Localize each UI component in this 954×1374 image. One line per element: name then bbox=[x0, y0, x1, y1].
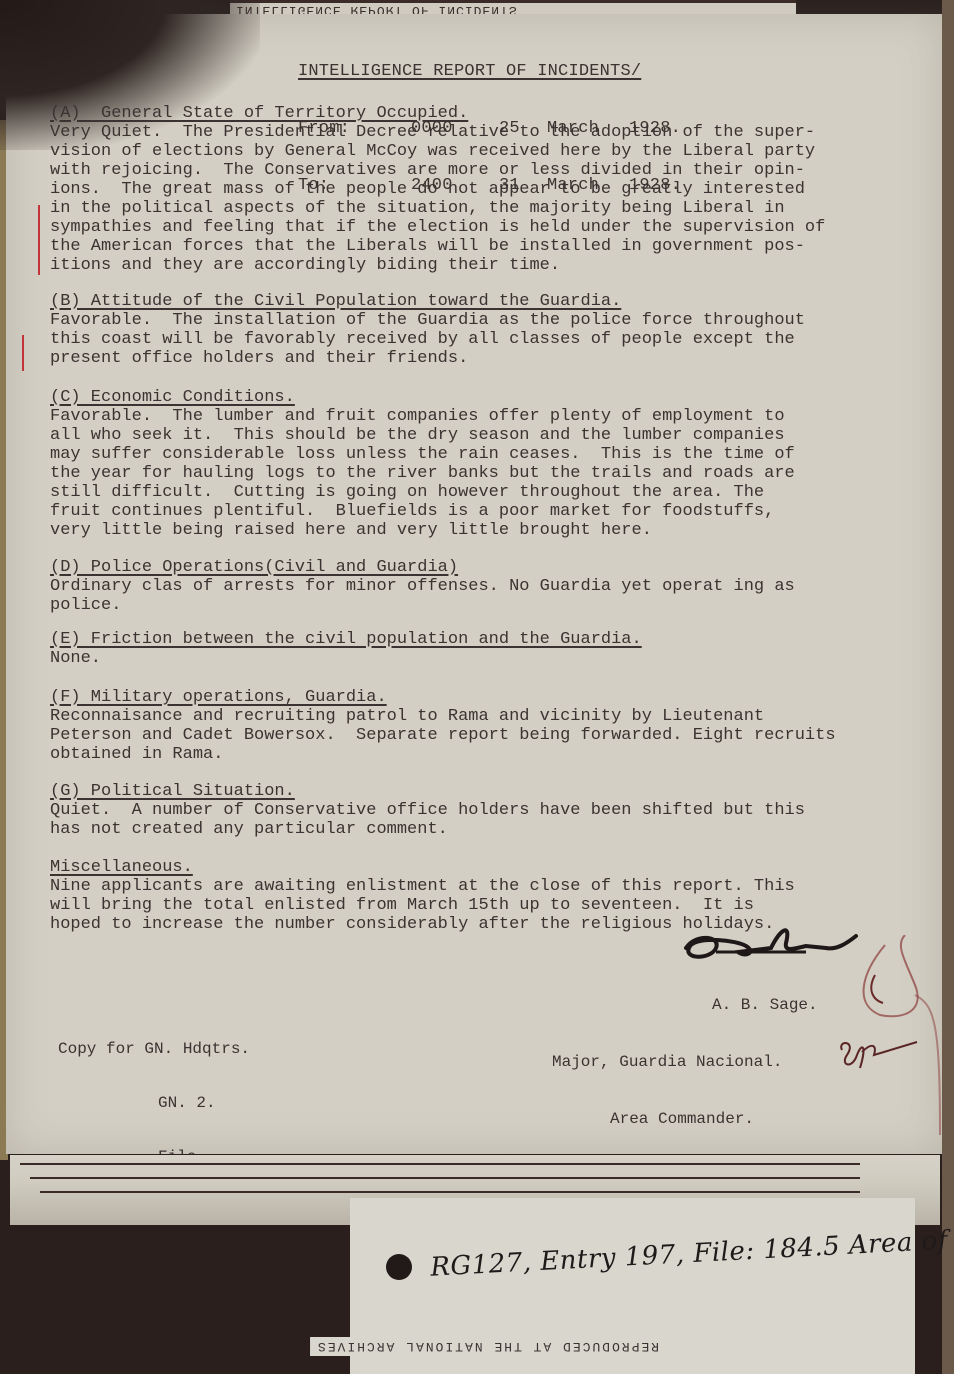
copy-recipient: GN. 2. bbox=[58, 1094, 250, 1112]
section-line: will bring the total enlisted from March… bbox=[50, 896, 930, 915]
punch-hole-icon bbox=[386, 1254, 412, 1280]
section-line: sympathies and feeling that if the elect… bbox=[50, 218, 930, 237]
signer-name: A. B. Sage. bbox=[552, 996, 818, 1015]
section-line: Peterson and Cadet Bowersox. Separate re… bbox=[50, 726, 930, 745]
section-line: Ordinary clas of arrests for minor offen… bbox=[50, 577, 930, 596]
section-heading: (C) Economic Conditions. bbox=[50, 388, 930, 407]
red-margin-mark bbox=[22, 335, 24, 371]
national-archives-banner: REPRODUCED AT THE NATIONAL ARCHIVES bbox=[310, 1337, 665, 1356]
signer-title: Area Commander. bbox=[552, 1110, 818, 1129]
section-line: ions. The great mass of the people do no… bbox=[50, 180, 930, 199]
file-label-text: RG127, Entry 197, File: 184.5 Area of th… bbox=[430, 1219, 954, 1282]
section-line: this coast will be favorably received by… bbox=[50, 330, 930, 349]
section-a-general-state: (A) General State of Territory Occupied.… bbox=[50, 104, 930, 275]
section-line: fruit continues plentiful. Bluefields is… bbox=[50, 502, 930, 521]
section-line: obtained in Rama. bbox=[50, 745, 930, 764]
signer-rank: Major, Guardia Nacional. bbox=[552, 1053, 818, 1072]
section-line: Quiet. A number of Conservative office h… bbox=[50, 801, 930, 820]
red-margin-mark bbox=[38, 205, 40, 275]
section-g-political: (G) Political Situation. Quiet. A number… bbox=[50, 782, 930, 839]
report-title: INTELLIGENCE REPORT OF INCIDENTS/ bbox=[298, 62, 681, 81]
section-heading: (D) Police Operations(Civil and Guardia) bbox=[50, 558, 930, 577]
section-line: may suffer considerable loss unless the … bbox=[50, 445, 930, 464]
section-line: police. bbox=[50, 596, 930, 615]
section-heading: (G) Political Situation. bbox=[50, 782, 930, 801]
signature-block: A. B. Sage. Major, Guardia Nacional. Are… bbox=[552, 958, 818, 1148]
section-e-friction: (E) Friction between the civil populatio… bbox=[50, 630, 930, 668]
section-line: present office holders and their friends… bbox=[50, 349, 930, 368]
section-line: very little being raised here and very l… bbox=[50, 521, 930, 540]
section-line: Very Quiet. The Presidential Decree rela… bbox=[50, 123, 930, 142]
section-line: in the political aspects of the situatio… bbox=[50, 199, 930, 218]
sheet-edge-line bbox=[20, 1163, 860, 1165]
right-folder-edge bbox=[942, 0, 954, 1374]
section-heading: (F) Military operations, Guardia. bbox=[50, 688, 930, 707]
copy-label: Copy for GN. Hdqtrs. bbox=[58, 1040, 250, 1058]
section-line: Nine applicants are awaiting enlistment … bbox=[50, 877, 930, 896]
section-d-police: (D) Police Operations(Civil and Guardia)… bbox=[50, 558, 930, 615]
sheet-edge-line bbox=[30, 1177, 860, 1179]
section-heading: (B) Attitude of the Civil Population tow… bbox=[50, 292, 930, 311]
section-line: Favorable. The installation of the Guard… bbox=[50, 311, 930, 330]
section-heading: (A) General State of Territory Occupied. bbox=[50, 104, 930, 123]
section-line: has not created any particular comment. bbox=[50, 820, 930, 839]
section-line: Favorable. The lumber and fruit companie… bbox=[50, 407, 930, 426]
section-line: vision of elections by General McCoy was… bbox=[50, 142, 930, 161]
handwritten-initials-icon bbox=[832, 1030, 922, 1075]
section-heading: Miscellaneous. bbox=[50, 858, 930, 877]
sheet-edge-line bbox=[40, 1191, 860, 1193]
section-line: None. bbox=[50, 649, 930, 668]
section-line: with rejoicing. The Conservatives are mo… bbox=[50, 161, 930, 180]
section-line: itions and they are accordingly biding t… bbox=[50, 256, 930, 275]
section-line: still difficult. Cutting is going on how… bbox=[50, 483, 930, 502]
section-line: Reconnaisance and recruiting patrol to R… bbox=[50, 707, 930, 726]
section-c-economic: (C) Economic Conditions. Favorable. The … bbox=[50, 388, 930, 540]
section-f-military: (F) Military operations, Guardia. Reconn… bbox=[50, 688, 930, 764]
section-heading: (E) Friction between the civil populatio… bbox=[50, 630, 930, 649]
section-line: all who seek it. This should be the dry … bbox=[50, 426, 930, 445]
section-line: the year for hauling logs to the river b… bbox=[50, 464, 930, 483]
section-b-civil-attitude: (B) Attitude of the Civil Population tow… bbox=[50, 292, 930, 368]
section-line: the American forces that the Liberals wi… bbox=[50, 237, 930, 256]
